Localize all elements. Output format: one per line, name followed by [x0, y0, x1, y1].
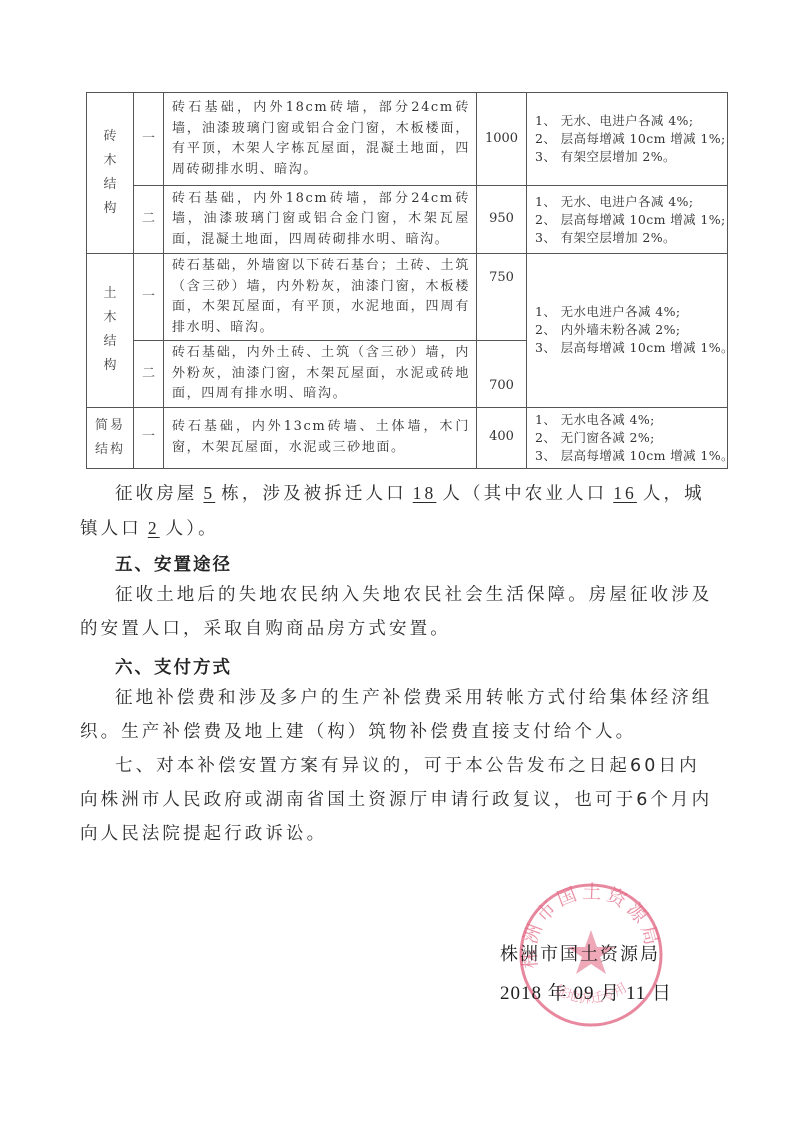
notes-cell-shared: 1、 无水电进户各减 4%; 2、 内外墙未粉各减 2%; 3、 层高每增减 1…: [527, 254, 728, 408]
section-5-body: 征收土地后的失地农民纳入失地农民社会生活保障。房屋征收涉及的安置人口，采取自购商…: [80, 578, 720, 646]
description-cell: 砖石基础，内外土砖、土筑（含三砂）墙，内外粉灰，油漆门窗，木架瓦屋面，水泥或砖地…: [164, 341, 477, 408]
signature-organization: 株洲市国土资源局: [500, 940, 660, 966]
structure-cell: 简易结构: [87, 407, 134, 468]
grade-cell: 二: [134, 186, 164, 254]
signature-date: 2018 年 09 月 11 日: [500, 978, 672, 1005]
table-row: 简易结构 一 砖石基础，内外13cm砖墙、土体墙，木门窗，木架瓦屋面，水泥或三砂…: [87, 407, 728, 468]
urban-count: 2: [142, 518, 166, 538]
notes-cell: 1、 无水、电进户各减 4%; 2、 层高每增减 10cm 增减 1%; 3、 …: [527, 93, 728, 186]
section-5-heading: 五、安置途径: [115, 551, 232, 576]
grade-cell: 一: [134, 93, 164, 186]
structure-cell: 土木结构: [87, 254, 134, 408]
agricultural-count: 16: [607, 483, 643, 503]
document-page: 砖木结构 一 砖石基础，内外18cm砖墙，部分24cm砖墙，油漆玻璃门窗或铝合金…: [0, 0, 800, 1132]
notes-cell: 1、 无水电各减 4%; 2、 无门窗各减 2%; 3、 层高每增减 10cm …: [527, 407, 728, 468]
buildings-count: 5: [197, 483, 221, 503]
table-row: 土木结构 一 砖石基础，外墙窗以下砖石基台；土砖、土筑（含三砂）墙，内外粉灰，油…: [87, 254, 728, 341]
section-6-body: 征地补偿费和涉及多户的生产补偿费采用转帐方式付给集体经济组织。生产补偿费及地上建…: [80, 681, 720, 749]
grade-cell: 二: [134, 341, 164, 408]
structure-cell: 砖木结构: [87, 93, 134, 254]
price-cell: 400: [477, 407, 527, 468]
description-cell: 砖石基础，外墙窗以下砖石基台；土砖、土筑（含三砂）墙，内外粉灰，油漆门窗，木板楼…: [164, 254, 477, 341]
price-cell: 950: [477, 186, 527, 254]
description-cell: 砖石基础，内外13cm砖墙、土体墙，木门窗，木架瓦屋面，水泥或三砂地面。: [164, 407, 477, 468]
structure-price-table: 砖木结构 一 砖石基础，内外18cm砖墙，部分24cm砖墙，油漆玻璃门窗或铝合金…: [86, 92, 728, 469]
price-cell: 750: [477, 254, 527, 341]
description-cell: 砖石基础，内外18cm砖墙，部分24cm砖墙，油漆玻璃门窗或铝合金门窗，木板楼面…: [164, 93, 477, 186]
notes-cell: 1、 无水、电进户各减 4%; 2、 层高每增减 10cm 增减 1%; 3、 …: [527, 186, 728, 254]
price-cell: 1000: [477, 93, 527, 186]
houses-paragraph: 征收房屋5栋，涉及被拆迁人口18人（其中农业人口16人，城镇人口2人）。: [80, 476, 720, 546]
population-count: 18: [407, 483, 443, 503]
grade-cell: 一: [134, 254, 164, 341]
section-6-heading: 六、支付方式: [115, 654, 232, 679]
section-7-body: 七、对本补偿安置方案有异议的，可于本公告发布之日起60日内向株洲市人民政府或湖南…: [80, 749, 720, 851]
table-row: 砖木结构 一 砖石基础，内外18cm砖墙，部分24cm砖墙，油漆玻璃门窗或铝合金…: [87, 93, 728, 186]
price-cell: 700: [477, 341, 527, 408]
table-row: 二 砖石基础，内外18cm砖墙，部分24cm砖墙，油漆玻璃门窗或铝合金门窗，木架…: [87, 186, 728, 254]
description-cell: 砖石基础，内外18cm砖墙，部分24cm砖墙，油漆玻璃门窗或铝合金门窗，木架瓦屋…: [164, 186, 477, 254]
grade-cell: 一: [134, 407, 164, 468]
